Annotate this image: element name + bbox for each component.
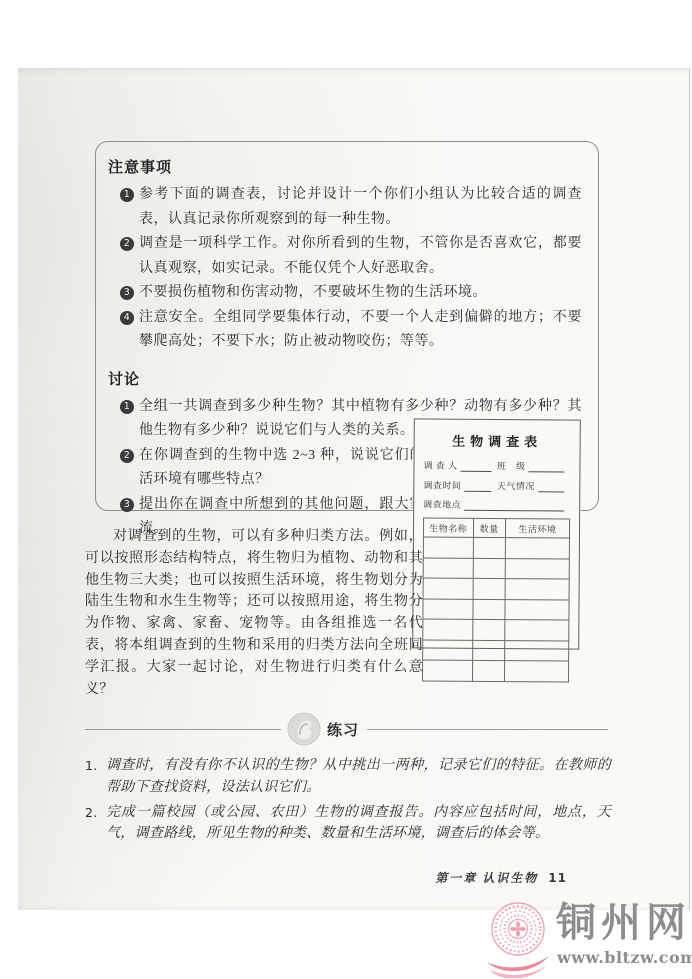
- watermark-site-name: 铜州网: [556, 898, 691, 948]
- blank-underline: [538, 481, 565, 492]
- survey-field-label: 调 查 人: [423, 458, 457, 471]
- list-item: 4注意安全。全组同学要集体行动，不要一个人走到偏僻的地方；不要攀爬高处；不要下水…: [120, 306, 582, 355]
- survey-form-card: 生物调查表 调 查 人班 级调查时间天气情况调查地点 生物名称数量生活环境: [412, 418, 581, 649]
- page-footer: 第一章 认识生物11: [0, 869, 567, 886]
- survey-empty-row: [423, 578, 569, 600]
- survey-empty-row: [422, 660, 568, 682]
- survey-field-row: 调查时间天气情况: [423, 478, 570, 492]
- discussion-title: 讨论: [108, 369, 582, 391]
- blank-underline: [460, 461, 491, 472]
- circled-number-badge: 1: [120, 400, 134, 414]
- divider-line-left: [85, 729, 281, 730]
- survey-column-header: 数量: [473, 518, 505, 537]
- circled-number-badge: 2: [120, 237, 134, 251]
- circled-number-badge: 1: [120, 188, 134, 202]
- scanned-textbook-page: 注意事项 1参考下面的调查表，讨论并设计一个你们小组认为比较合适的调查表，认真记…: [0, 0, 692, 979]
- exercise-title: 练习: [327, 719, 359, 740]
- survey-field-label: 调查地点: [423, 497, 461, 510]
- survey-empty-row: [423, 639, 569, 661]
- classification-paragraph: 对调查到的生物，可以有多种归类方法。例如，可以按照形态结构特点，将生物归为植物、…: [85, 526, 423, 700]
- list-item: 2在你调查到的生物中选 2~3 种，说说它们的生活环境有哪些特点？: [120, 444, 439, 493]
- exercise-item: 1.调查时，有没有你不认识的生物？从中挑出一两种，记录它们的特征。在教师的帮助下…: [85, 755, 611, 799]
- survey-empty-row: [423, 619, 569, 641]
- exercise-number: 1.: [85, 755, 98, 777]
- survey-field-label: 班 级: [497, 459, 526, 472]
- exercise-list: 1.调查时，有没有你不认识的生物？从中挑出一两种，记录它们的特征。在教师的帮助下…: [85, 755, 611, 848]
- list-item: 2调查是一项科学工作。对你所看到的生物，不管你是否喜欢它，都要认真观察，如实记录…: [120, 232, 582, 281]
- blank-underline: [464, 500, 564, 512]
- survey-empty-row: [423, 537, 569, 559]
- page-number: 11: [548, 871, 567, 885]
- survey-empty-row: [423, 598, 569, 620]
- list-item: 3不要损伤植物和伤害动物，不要破坏生物的生活环境。: [120, 281, 582, 306]
- exercise-item: 2.完成一篇校园（或公园、农田）生物的调查报告。内容应包括时间，地点，天气，调查…: [85, 802, 611, 846]
- blank-underline: [464, 480, 491, 491]
- survey-form-grid: 生物名称数量生活环境: [422, 517, 570, 682]
- chapter-title: 第一章 认识生物: [435, 871, 538, 885]
- survey-field-label: 调查时间: [423, 478, 461, 491]
- exercise-number: 2.: [85, 802, 98, 824]
- blank-underline: [528, 461, 564, 472]
- site-watermark: 铜州网 www.bltzw.com: [484, 898, 692, 978]
- circled-number-badge: 3: [120, 286, 134, 300]
- notes-title: 注意事项: [108, 157, 582, 179]
- exercise-divider: 练习: [85, 712, 608, 746]
- survey-form-fields: 调 查 人班 级调查时间天气情况调查地点: [423, 458, 570, 511]
- survey-field-label: 天气情况: [497, 479, 535, 492]
- circled-number-badge: 3: [120, 498, 134, 512]
- divider-line-right: [367, 729, 608, 730]
- circled-number-badge: 2: [120, 449, 134, 463]
- survey-field-row: 调 查 人班 级: [423, 458, 570, 472]
- survey-form-title: 生物调查表: [424, 430, 571, 450]
- watermark-mandala-icon: [484, 900, 552, 979]
- circled-number-badge: 4: [120, 311, 134, 325]
- watermark-site-url: www.bltzw.com: [557, 948, 692, 967]
- survey-column-header: 生物名称: [423, 518, 473, 537]
- survey-empty-row: [423, 557, 569, 579]
- survey-field-row: 调查地点: [423, 497, 570, 511]
- list-item: 1参考下面的调查表，讨论并设计一个你们小组认为比较合适的调查表，认真记录你所观察…: [120, 183, 582, 232]
- swan-logo-icon: [287, 712, 321, 746]
- notes-list: 1参考下面的调查表，讨论并设计一个你们小组认为比较合适的调查表，认真记录你所观察…: [120, 183, 582, 355]
- survey-column-header: 生活环境: [505, 519, 569, 538]
